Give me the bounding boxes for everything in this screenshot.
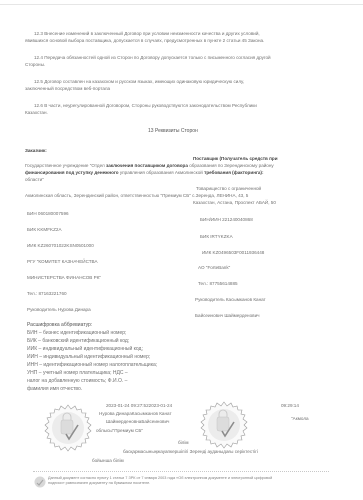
supplier-bin: БИН/ИИН 221240040868	[200, 217, 253, 223]
text: финансирования под уступку денежного	[25, 170, 119, 175]
clause-text-cont: Казахстан.	[25, 109, 343, 116]
clause-12-5: 12.5 Договор составлен на казахском и ру…	[25, 78, 343, 92]
customer-org-line-1: Государственное учреждение "Отдел заключ…	[25, 163, 274, 169]
supplier-iik: ИИК KZ0496503F0011936448	[202, 250, 264, 256]
customer-bin: БИН 060180007596	[27, 211, 69, 217]
clause-text: 12.4 Передача обязанностей одной из Стор…	[25, 54, 343, 61]
abbreviation-item: налог на добавленную стоимость; Ф.И.О. –	[27, 377, 157, 385]
digital-signature-seal-icon	[200, 401, 248, 449]
abbreviation-item: ИИК – индивидуальный идентификационный к…	[27, 345, 157, 353]
signature-time-2: 09:29:14	[281, 403, 299, 409]
signature-akmola: "Акмола	[291, 416, 309, 422]
supplier-type: Товарищество с ограниченной	[196, 186, 261, 192]
signature-oblysy: облысы"Премиум СБ"	[96, 428, 143, 434]
customer-org-line-2: финансирования под уступку денежного упр…	[25, 170, 264, 176]
clause-text-cont: заключенный посредством веб-портала	[25, 85, 343, 92]
text: образования по Зерендинскому району	[188, 163, 274, 168]
signature-bilim: білім	[178, 440, 189, 446]
signature-datetime: 2023-01-24 09:27:522023-01-24	[106, 403, 172, 409]
abbreviation-item: БИН – бизнес идентификационный номер;	[27, 329, 157, 337]
footer-note: Данный документ согласно пункту 1 статьи…	[48, 476, 272, 486]
signature-kazakh-line: басқармасыныңжауапкершілігі Зеренді ауда…	[123, 449, 258, 455]
footer-divider	[33, 471, 329, 472]
supplier-address: Казахстан, Астана, Проспект АБАЙ, 50	[193, 200, 276, 206]
clause-text: 12.3 Внесение изменений в заключенный До…	[25, 30, 343, 37]
text: Государственное учреждение "Отдел	[25, 163, 106, 168]
customer-head: Руководитель Нурова Динара	[27, 307, 91, 313]
supplier-label: Поставщик (Получатель средств при	[193, 156, 278, 162]
customer-bank-1: РГУ "КОМИТЕТ КАЗНАЧЕЙСТВА	[27, 259, 98, 265]
abbreviation-item: ИИН – индивидуальный идентификационный н…	[27, 353, 157, 361]
abbreviations-block: Расшифровка аббревиатур: БИН – бизнес ид…	[27, 321, 157, 393]
supplier-head-1: Руководитель Касымканов Канат	[195, 297, 266, 303]
abbreviations-title: Расшифровка аббревиатур:	[27, 321, 157, 329]
abbreviation-item: фамилия имя отчество.	[27, 385, 157, 393]
footer-note-line: подписи» равнозначен документу на бумажн…	[48, 481, 272, 486]
signature-patronymics: ШаймерденовнаБайсеинович	[106, 419, 169, 425]
clause-text: 12.5 Договор составлен на казахском и ру…	[25, 78, 343, 85]
supplier-head-2: Байсеинович Шаймерденович	[195, 313, 260, 319]
customer-bik: БИК KKMFKZ2A	[27, 227, 62, 233]
customer-phone: Тел.: 87163221760	[27, 291, 67, 297]
supplier-bik: БИК IRTYKZKA	[200, 234, 233, 240]
signature-names: Нурова ДинараКасымканов Канат	[99, 411, 172, 417]
clause-text-cont: Стороны.	[25, 61, 343, 68]
clause-12-3: 12.3 Внесение изменений в заключенный До…	[25, 30, 343, 44]
e-document-icon	[34, 476, 46, 488]
abbreviation-item: БИК – банковский идентификационный код;	[27, 337, 157, 345]
text: заключения поставщиком договора	[106, 163, 188, 168]
clause-text-cont: явившихся основой выбора поставщика, доп…	[25, 37, 343, 44]
clause-12-6: 12.6 В части, неурегулированной Договоро…	[25, 102, 343, 116]
customer-bank-2: МИНИСТЕРСТВА ФИНАНСОВ РК"	[27, 275, 101, 281]
text: требования (факторинга):	[204, 170, 263, 175]
digital-signature-seal-icon	[44, 404, 92, 452]
customer-address: Акмолинская область, Зерендинский район,…	[25, 193, 248, 199]
abbreviation-item: УНП – учетный номер плательщика; НДС –	[27, 369, 157, 377]
text: управления образования Акмолинской	[119, 170, 205, 175]
customer-label: Заказчик:	[25, 148, 47, 154]
abbreviation-item: ИНН – идентификационный номер налогоплат…	[27, 361, 157, 369]
customer-iik: ИИК KZ260701022KSN0501000	[27, 243, 94, 249]
page-top-edge	[0, 4, 363, 5]
section-title: 13 Реквизиты Сторон	[148, 128, 198, 134]
supplier-bank: АО "ForteBank"	[198, 265, 230, 271]
clause-12-4: 12.4 Передача обязанностей одной из Стор…	[25, 54, 343, 68]
supplier-phone: Тел.: 87755614885	[198, 281, 238, 287]
customer-org-line-3: области"	[25, 177, 44, 183]
clause-text: 12.6 В части, неурегулированной Договоро…	[25, 102, 343, 109]
signature-boiynsha: бойынша білім	[92, 458, 124, 464]
